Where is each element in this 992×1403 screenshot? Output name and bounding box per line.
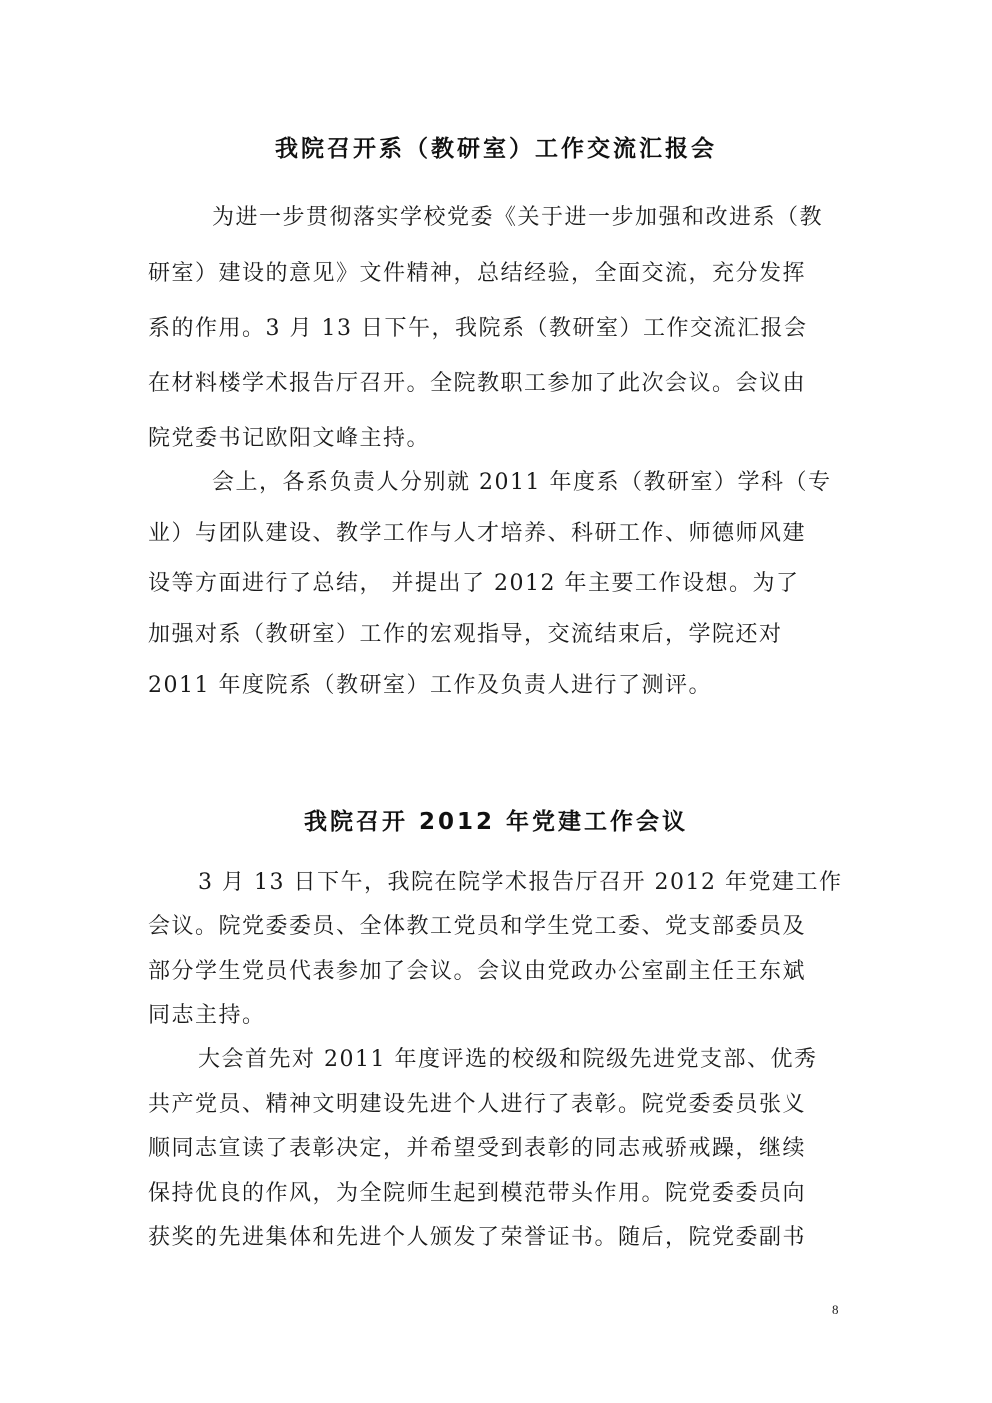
text-line: 获奖的先进集体和先进个人颁发了荣誉证书。随后，院党委副书 — [148, 1223, 806, 1253]
page-number: 8 — [832, 1302, 839, 1318]
text-line: 部分学生党员代表参加了会议。会议由党政办公室副主任王东斌 — [148, 957, 806, 987]
text-line: 研室）建设的意见》文件精神，总结经验，全面交流，充分发挥 — [148, 259, 806, 289]
text-line: 保持优良的作风，为全院师生起到模范带头作用。院党委委员向 — [148, 1179, 806, 1209]
text-line: 在材料楼学术报告厅召开。全院教职工参加了此次会议。会议由 — [148, 369, 806, 399]
text-line: 业）与团队建设、教学工作与人才培养、科研工作、师德师风建 — [148, 519, 806, 549]
text-line: 加强对系（教研室）工作的宏观指导，交流结束后，学院还对 — [148, 620, 783, 650]
article-1-title: 我院召开系（教研室）工作交流汇报会 — [0, 130, 992, 163]
text-line: 共产党员、精神文明建设先进个人进行了表彰。院党委委员张义 — [148, 1090, 806, 1120]
text-line: 会上，各系负责人分别就 2011 年度系（教研室）学科（专 — [212, 468, 831, 498]
text-line: 系的作用。3 月 13 日下午，我院系（教研室）工作交流汇报会 — [148, 314, 807, 344]
text-line: 同志主持。 — [148, 1001, 266, 1031]
text-line: 为进一步贯彻落实学校党委《关于进一步加强和改进系（教 — [212, 203, 823, 233]
text-line: 顺同志宣读了表彰决定，并希望受到表彰的同志戒骄戒躁，继续 — [148, 1134, 806, 1164]
article-2-title: 我院召开 2012 年党建工作会议 — [0, 803, 992, 836]
text-line: 设等方面进行了总结， 并提出了 2012 年主要工作设想。为了 — [148, 569, 799, 599]
text-line: 院党委书记欧阳文峰主持。 — [148, 424, 430, 454]
text-line: 2011 年度院系（教研室）工作及负责人进行了测评。 — [148, 671, 712, 701]
document-page: 我院召开系（教研室）工作交流汇报会 为进一步贯彻落实学校党委《关于进一步加强和改… — [0, 0, 992, 1403]
text-line: 3 月 13 日下午，我院在院学术报告厅召开 2012 年党建工作 — [198, 868, 842, 898]
text-line: 大会首先对 2011 年度评选的校级和院级先进党支部、优秀 — [198, 1045, 817, 1075]
text-line: 会议。院党委委员、全体教工党员和学生党工委、党支部委员及 — [148, 912, 806, 942]
